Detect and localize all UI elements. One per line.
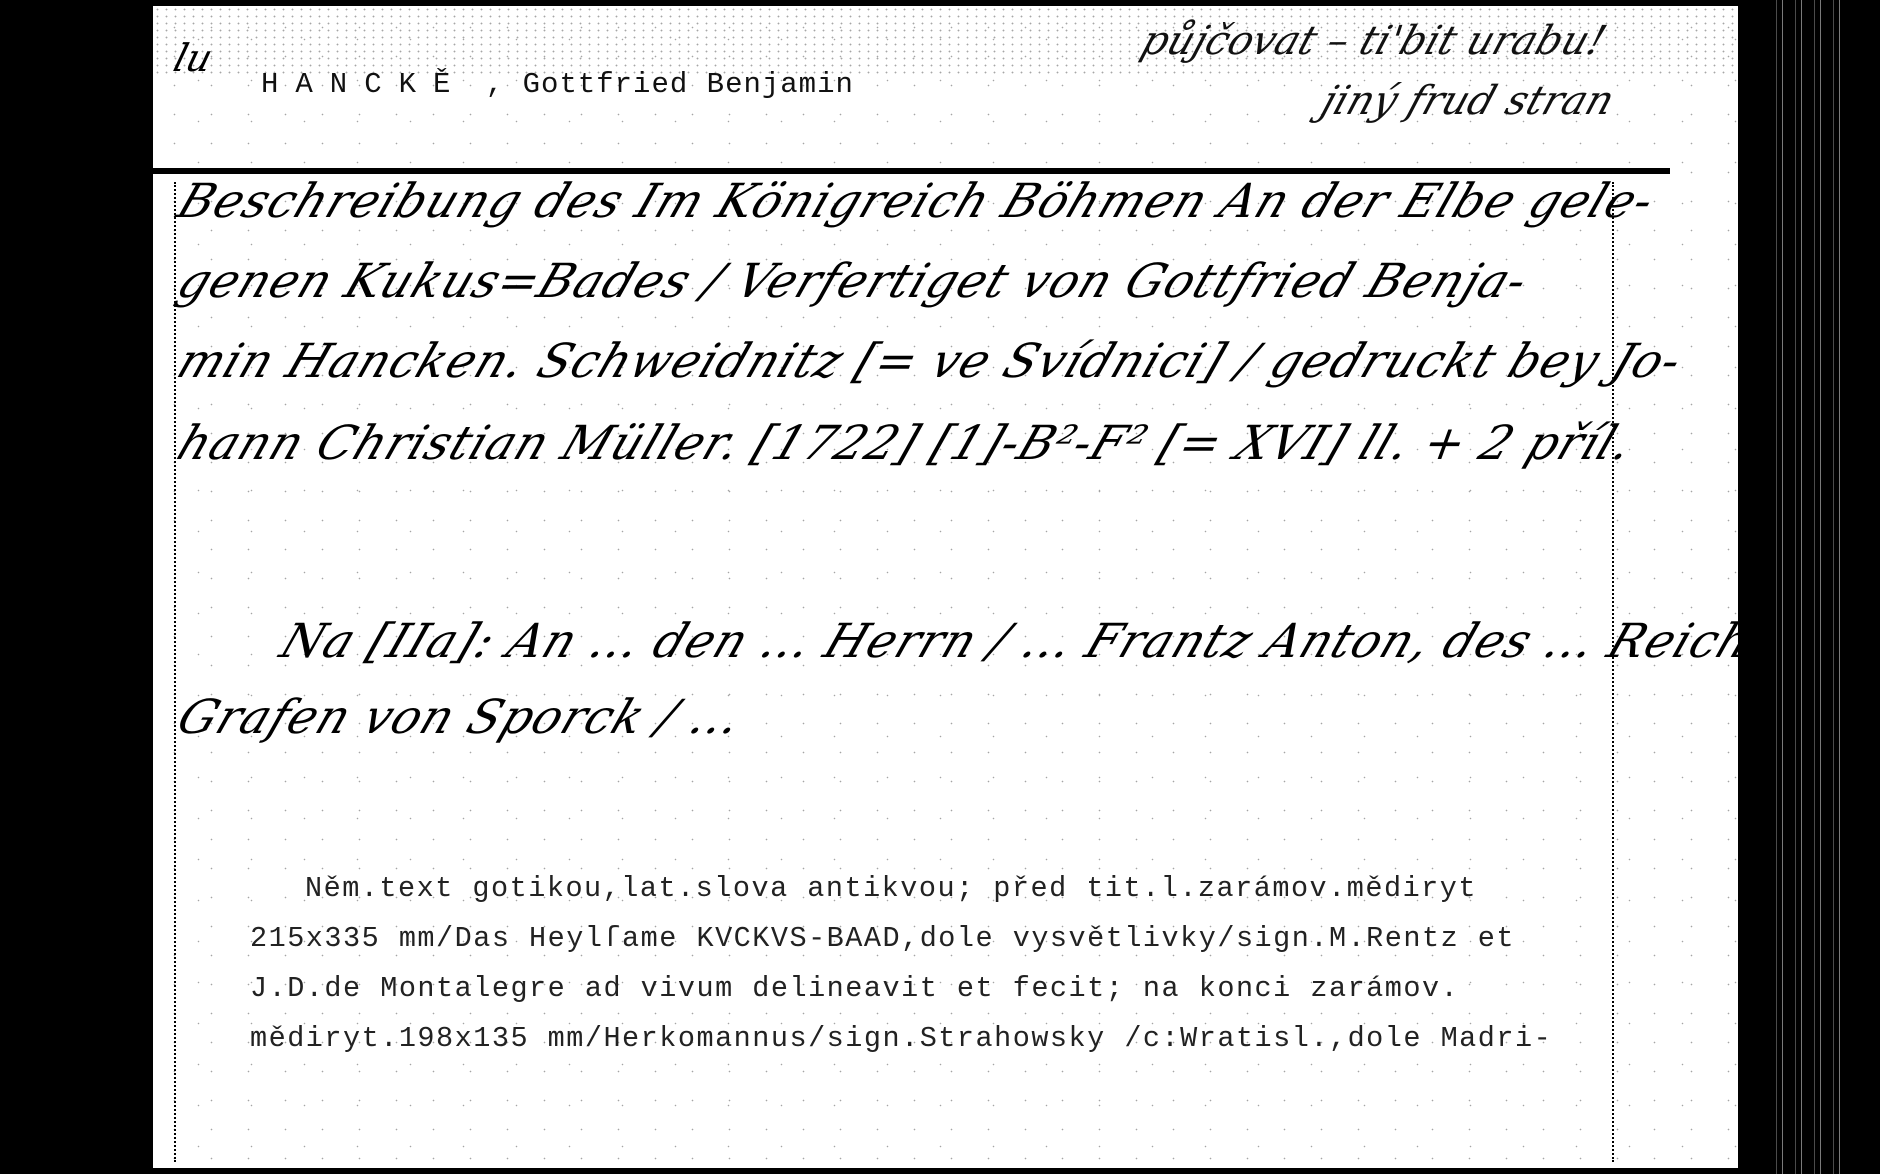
title-line-1: Beschreibung des Im Königreich Böhmen An… (170, 174, 1662, 229)
catalog-card: lu HANCKĚ , Gottfried Benjamin půjčovat … (153, 6, 1738, 1168)
left-margin-dotted-line (174, 182, 176, 1162)
typed-note-line-4: mědiryt.198x135 mm/Herkomannus/sign.Stra… (250, 1022, 1552, 1055)
author-surname: HANCKĚ (261, 68, 467, 101)
typed-note-line-2: 215x335 mm/Das Heylſame KVCKVS-BAAD,dole… (250, 922, 1515, 955)
handwritten-note-line-1: půjčovat – ti'bit urabu! (1136, 18, 1612, 64)
title-line-2: genen Kukus=Bades / Verfertiget von Gott… (170, 254, 1536, 309)
typed-note-line-3: J.D.de Montalegre ad vivum delineavit et… (250, 972, 1459, 1005)
scanner-edge-artifact (1770, 0, 1840, 1174)
title-line-3: min Hancken. Schweidnitz [= ve Svídnici]… (170, 334, 1690, 389)
dedication-line-1: Na [IIa]: An ... den ... Herrn / ... Fra… (273, 614, 1738, 669)
typed-note-line-1: Něm.text gotikou,lat.slova antikvou; pře… (305, 872, 1477, 905)
title-line-4: hann Christian Müller. [1722] [1]-B²-F² … (170, 416, 1641, 471)
card-heading: HANCKĚ , Gottfried Benjamin (261, 68, 854, 101)
heading-separator: , (486, 68, 504, 101)
right-margin-dotted-line (1612, 182, 1614, 1162)
handwritten-note-line-2: jiný frud stran (1316, 78, 1621, 124)
author-given-names: Gottfried Benjamin (523, 68, 854, 101)
dedication-line-2: Grafen von Sporck / ... (170, 690, 750, 745)
